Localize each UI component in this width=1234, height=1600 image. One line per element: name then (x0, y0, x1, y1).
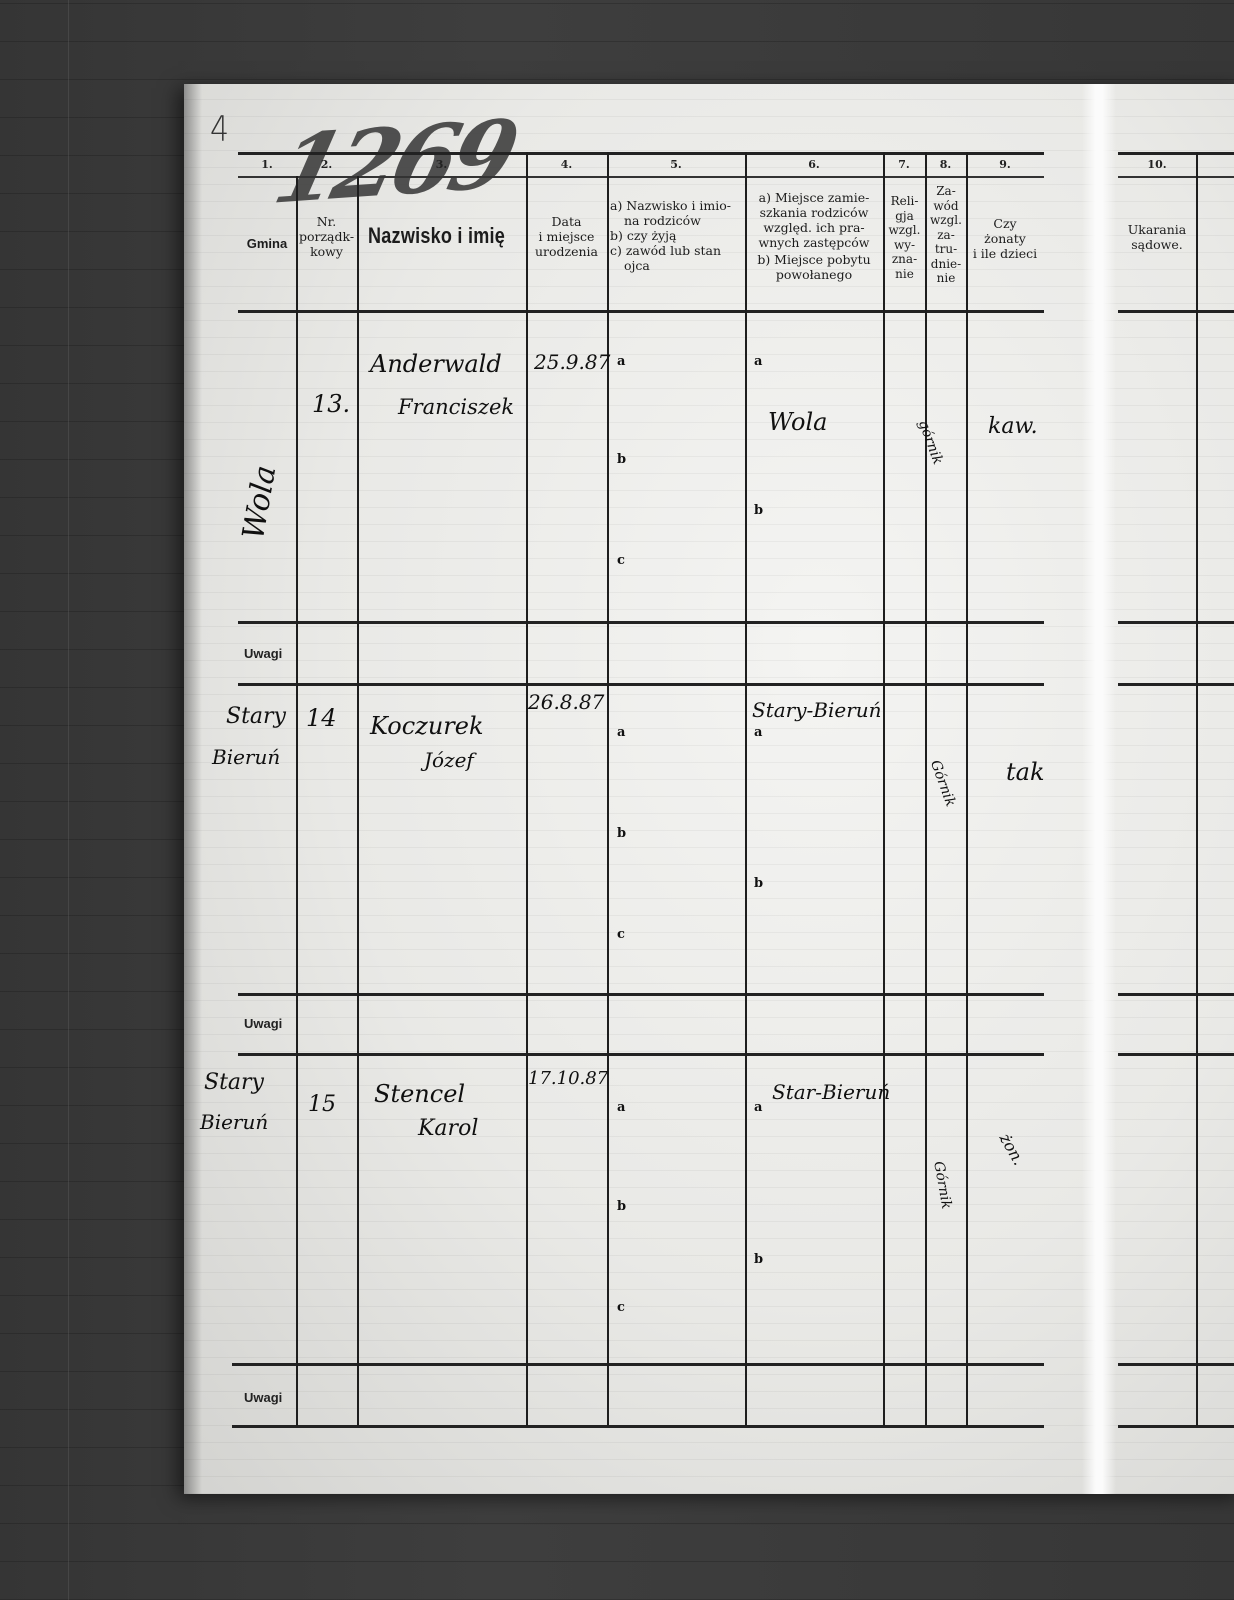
header-nr-line1: Nr. (296, 214, 357, 229)
record-2-gmina-line1: Stary (226, 704, 286, 729)
row3-bottom-rule (232, 1363, 1044, 1366)
record-3-given-name: Karol (418, 1116, 478, 1141)
record-1-given-name: Franciszek (398, 395, 514, 419)
record-2-birth-date: 26.8.87 (528, 690, 604, 714)
uwagi1-bottom-rule-right (1118, 683, 1234, 686)
header-parents-a: a) Nazwisko i imio- (610, 198, 744, 213)
header-name: Nazwisko i imię (368, 228, 505, 243)
header-married-line3: i ile dzieci (966, 246, 1044, 261)
header-nr-line3: kowy (296, 244, 357, 259)
colnum-9: 9. (966, 158, 1044, 171)
header-birth: Data i miejsce urodzenia (526, 214, 607, 259)
header-top-rule (238, 152, 1044, 155)
record-2-given-name: Józef (424, 748, 474, 772)
colnum-4: 4. (526, 158, 607, 171)
header-religion: Reli- gja wzgl. wy- zna- nie (884, 194, 925, 281)
record-2-married: tak (1006, 758, 1045, 786)
record-3-nr: 15 (308, 1092, 336, 1117)
header-residence-b2: powołanego (747, 267, 881, 282)
marker-a: a (754, 1100, 762, 1115)
row2-bottom-rule-right (1118, 993, 1234, 996)
record-1-surname: Anderwald (370, 350, 502, 378)
record-1-residence: Wola (768, 408, 827, 436)
uwagi-label-3: Uwagi (244, 1390, 282, 1405)
colnum-7: 7. (883, 158, 925, 171)
row1-bottom-rule-right (1118, 621, 1234, 624)
colnum-2: 2. (296, 158, 357, 171)
col-rule-9 (966, 152, 968, 1426)
header-nr: Nr. porządk- kowy (296, 214, 357, 259)
record-3-gmina-line1: Stary (204, 1070, 264, 1095)
header-convictions: Ukarania sądowe. (1118, 222, 1196, 252)
record-2-surname: Koczurek (370, 712, 484, 740)
header-residence-a1: a) Miejsce zamie- (747, 190, 881, 205)
header-gmina: Gmina (238, 236, 296, 251)
marker-b: b (754, 1252, 763, 1267)
record-1-nr: 13. (312, 390, 350, 418)
col-rule-8 (925, 152, 927, 1426)
header-nr-line2: porządk- (296, 229, 357, 244)
marker-c: c (617, 553, 625, 568)
marker-c: c (617, 1300, 625, 1315)
header-convictions-line2: sądowe. (1118, 237, 1196, 252)
header-occupation: Za- wód wzgl. za- tru- dnie- nie (926, 184, 966, 286)
header-residence-a4: wnych zastępców (747, 235, 881, 250)
header-parents: a) Nazwisko i imio- na rodziców b) czy ż… (610, 198, 744, 273)
register-page (184, 84, 1234, 1494)
uwagi2-bottom-rule-right (1118, 1053, 1234, 1056)
header-residence-b1: b) Miejsce pobytu (747, 252, 881, 267)
col-rule-6 (745, 152, 747, 1426)
background-rule (68, 0, 69, 1600)
col-rule-3 (357, 176, 359, 1426)
colnum-10: 10. (1118, 158, 1196, 171)
marker-a: a (754, 725, 762, 740)
page-edge-shadow (184, 84, 202, 1494)
marker-b: b (617, 826, 626, 841)
header-parents-b: b) czy żyją (610, 228, 744, 243)
record-2-nr: 14 (306, 704, 337, 732)
record-3-surname: Stencel (374, 1080, 465, 1108)
header-parents-c2: ojca (610, 258, 744, 273)
colnum-8: 8. (925, 158, 966, 171)
header-top-rule-right (1118, 152, 1234, 155)
record-3-birth-date: 17.10.87 (528, 1068, 608, 1089)
header-birth-line2: i miejsce (526, 229, 607, 244)
col-rule-7 (883, 152, 885, 1426)
marker-b: b (754, 503, 763, 518)
record-3-residence: Star-Bieruń (772, 1080, 890, 1104)
col-rule-2 (296, 176, 298, 1426)
row3-bottom-rule-right (1118, 1363, 1234, 1366)
book-gutter (1082, 84, 1116, 1494)
header-parents-a2: na rodziców (610, 213, 744, 228)
page-number: 4 (210, 109, 229, 149)
header-convictions-line1: Ukarania (1118, 222, 1196, 237)
colnum-5: 5. (607, 158, 745, 171)
colnum-1: 1. (238, 158, 296, 171)
header-married-line2: żonaty (966, 231, 1044, 246)
header-bottom-rule-right (1118, 310, 1234, 313)
marker-b: b (617, 452, 626, 467)
record-1-birth-date: 25.9.87 (534, 350, 610, 374)
record-2-gmina-line2: Bieruń (212, 745, 280, 769)
colnum-3: 3. (357, 158, 526, 171)
col-rule-4 (526, 152, 528, 1426)
marker-a: a (754, 354, 762, 369)
uwagi3-bottom-rule-right (1118, 1425, 1234, 1428)
record-3-gmina-line2: Bieruń (200, 1110, 268, 1134)
uwagi-label-1: Uwagi (244, 646, 282, 661)
col-rule-5 (607, 152, 609, 1426)
colnum-6: 6. (745, 158, 883, 171)
marker-b: b (617, 1199, 626, 1214)
uwagi-label-2: Uwagi (244, 1016, 282, 1031)
uwagi3-bottom-rule (232, 1425, 1044, 1428)
marker-b: b (754, 876, 763, 891)
header-married-line1: Czy (966, 216, 1044, 231)
record-2-residence: Stary-Bieruń (752, 698, 882, 722)
header-residence-a3: względ. ich pra- (747, 220, 881, 235)
col-rule-11 (1196, 152, 1198, 1426)
record-1-married: kaw. (988, 414, 1038, 439)
marker-c: c (617, 927, 625, 942)
marker-a: a (617, 354, 625, 369)
marker-a: a (617, 1100, 625, 1115)
header-residence-a2: szkania rodziców (747, 205, 881, 220)
header-birth-line1: Data (526, 214, 607, 229)
header-residence: a) Miejsce zamie- szkania rodziców wzglę… (747, 190, 881, 282)
colnum-rule-right (1118, 176, 1234, 178)
marker-a: a (617, 725, 625, 740)
header-married: Czy żonaty i ile dzieci (966, 216, 1044, 261)
header-parents-c: c) zawód lub stan (610, 243, 744, 258)
header-birth-line3: urodzenia (526, 244, 607, 259)
